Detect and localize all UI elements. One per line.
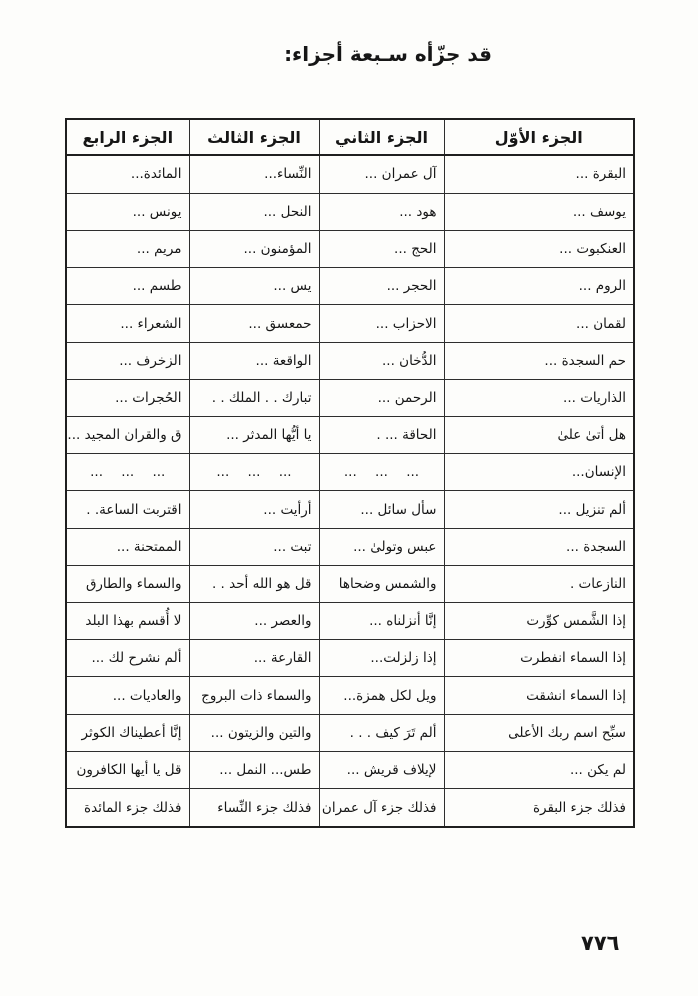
table-row: لقمان ...الاحزاب ...حمعسق ...الشعراء ... (66, 305, 634, 342)
table-cell: قل يا أيها الكافرون (66, 751, 189, 788)
table-cell: المؤمنون ... (189, 231, 319, 268)
table-cell: ق والقران المجيد ... (66, 417, 189, 454)
intro-line: قد جزّأه سـبعة أجزاء: (284, 42, 492, 66)
table-cell: فذلك جزء البقرة (444, 789, 634, 827)
table-cell: النحل ... (189, 193, 319, 230)
table-cell: طسم ... (66, 268, 189, 305)
table-cell: الحجر ... (319, 268, 444, 305)
table-row: النازعات .والشمس وضحاهاقل هو الله أحد . … (66, 565, 634, 602)
table-cell: سبِّح اسم ربك الأعلى (444, 714, 634, 751)
table-cell: سأل سائل ... (319, 491, 444, 528)
header-part-4: الجزء الرابع (66, 119, 189, 155)
table-cell: الحاقة ... . (319, 417, 444, 454)
table-row: سبِّح اسم ربك الأعلىألم تَرَ كيف . . .وا… (66, 714, 634, 751)
header-part-1: الجزء الأوّل (444, 119, 634, 155)
table-row: يوسف ...هود ...النحل ...يونس ... (66, 193, 634, 230)
table-cell: إذا السماء انشقت (444, 677, 634, 714)
table-cell: والسماء والطارق (66, 565, 189, 602)
table-cell: ألم تَرَ كيف . . . (319, 714, 444, 751)
table-cell: حمعسق ... (189, 305, 319, 342)
table-body: البقرة ...آل عمران ...النِّساء...المائدة… (66, 155, 634, 827)
table-cell: ألم نشرح لك ... (66, 640, 189, 677)
table-cell: السجدة ... (444, 528, 634, 565)
table-cell: ويل لكل همزة... (319, 677, 444, 714)
table-cell: الذاريات ... (444, 379, 634, 416)
table-row: لم يكن ...لإيلاف قريش ...طس... النمل ...… (66, 751, 634, 788)
table-cell: فذلك جزء النِّساء (189, 789, 319, 827)
table-cell: عبس وتولىٰ ... (319, 528, 444, 565)
book-page: قد جزّأه سـبعة أجزاء: الجزء الأوّل الجزء… (0, 0, 698, 996)
table-cell: إنَّا أعطيناك الكوثر (66, 714, 189, 751)
table-cell: الواقعة ... (189, 342, 319, 379)
table-row: الذاريات ...الرحمن ...تبارك . . الملك . … (66, 379, 634, 416)
table-cell: ... ... ... (66, 454, 189, 491)
table-cell: تبارك . . الملك . . (189, 379, 319, 416)
table-cell: والعصر ... (189, 603, 319, 640)
table-row: إذا السماء انفطرتإذا زلزلت...القارعة ...… (66, 640, 634, 677)
table-cell: فذلك جزء المائدة (66, 789, 189, 827)
table-cell: مريم ... (66, 231, 189, 268)
table-cell: حم السجدة ... (444, 342, 634, 379)
table-row: فذلك جزء البقرةفذلك جزء آل عمرانفذلك جزء… (66, 789, 634, 827)
table-cell: اقتربت الساعة. . (66, 491, 189, 528)
table-cell: لقمان ... (444, 305, 634, 342)
header-part-2: الجزء الثاني (319, 119, 444, 155)
table-row: ألم تنزيل ...سأل سائل ...أرأيت ...اقتربت… (66, 491, 634, 528)
table-row: الإنسان...... ... ...... ... ...... ... … (66, 454, 634, 491)
table-cell: والعاديات ... (66, 677, 189, 714)
table-row: هل أتىٰ علىٰالحاقة ... .يا أيُّها المدثر… (66, 417, 634, 454)
table-cell: يس ... (189, 268, 319, 305)
table-cell: إنَّا أنزلناه ... (319, 603, 444, 640)
table-row: إذا الشَّمس كوِّرتإنَّا أنزلناه ...والعص… (66, 603, 634, 640)
table-row: إذا السماء انشقتويل لكل همزة...والسماء ذ… (66, 677, 634, 714)
table-cell: ... ... ... (189, 454, 319, 491)
table-cell: الروم ... (444, 268, 634, 305)
table-cell: قل هو الله أحد . . (189, 565, 319, 602)
table-cell: تبت ... (189, 528, 319, 565)
table-cell: هود ... (319, 193, 444, 230)
table-cell: الحُجرات ... (66, 379, 189, 416)
table-cell: يا أيُّها المدثر ... (189, 417, 319, 454)
table-cell: ... ... ... (319, 454, 444, 491)
table-cell: إذا الشَّمس كوِّرت (444, 603, 634, 640)
table-cell: المائدة... (66, 155, 189, 193)
table-cell: ألم تنزيل ... (444, 491, 634, 528)
table-row: العنكبوت ...الحج ...المؤمنون ...مريم ... (66, 231, 634, 268)
table-row: حم السجدة ...الدُّخان ...الواقعة ...الزخ… (66, 342, 634, 379)
table-cell: والتين والزيتون ... (189, 714, 319, 751)
table-cell: آل عمران ... (319, 155, 444, 193)
table-cell: الممتحنة ... (66, 528, 189, 565)
table-cell: النِّساء... (189, 155, 319, 193)
table-row: الروم ...الحجر ...يس ...طسم ... (66, 268, 634, 305)
table-cell: الحج ... (319, 231, 444, 268)
table-row: السجدة ...عبس وتولىٰ ...تبت ...الممتحنة … (66, 528, 634, 565)
table-cell: إذا زلزلت... (319, 640, 444, 677)
table-cell: الدُّخان ... (319, 342, 444, 379)
table-cell: أرأيت ... (189, 491, 319, 528)
table-cell: والسماء ذات البروج (189, 677, 319, 714)
table-cell: لإيلاف قريش ... (319, 751, 444, 788)
table-cell: الزخرف ... (66, 342, 189, 379)
table-cell: الاحزاب ... (319, 305, 444, 342)
table-cell: والشمس وضحاها (319, 565, 444, 602)
table-cell: الرحمن ... (319, 379, 444, 416)
table-cell: النازعات . (444, 565, 634, 602)
page-number: ٧٧٦ (581, 931, 619, 955)
header-part-3: الجزء الثالث (189, 119, 319, 155)
table-cell: العنكبوت ... (444, 231, 634, 268)
table-cell: يونس ... (66, 193, 189, 230)
table-cell: فذلك جزء آل عمران (319, 789, 444, 827)
table-cell: إذا السماء انفطرت (444, 640, 634, 677)
table-cell: طس... النمل ... (189, 751, 319, 788)
table-cell: لم يكن ... (444, 751, 634, 788)
table-row: البقرة ...آل عمران ...النِّساء...المائدة… (66, 155, 634, 193)
parts-table: الجزء الأوّل الجزء الثاني الجزء الثالث ا… (65, 118, 635, 828)
table-cell: الشعراء ... (66, 305, 189, 342)
table-cell: القارعة ... (189, 640, 319, 677)
table-cell: الإنسان... (444, 454, 634, 491)
table-cell: هل أتىٰ علىٰ (444, 417, 634, 454)
table-cell: لا أُقسم بهذا البلد (66, 603, 189, 640)
table-cell: البقرة ... (444, 155, 634, 193)
table-cell: يوسف ... (444, 193, 634, 230)
table-header-row: الجزء الأوّل الجزء الثاني الجزء الثالث ا… (66, 119, 634, 155)
